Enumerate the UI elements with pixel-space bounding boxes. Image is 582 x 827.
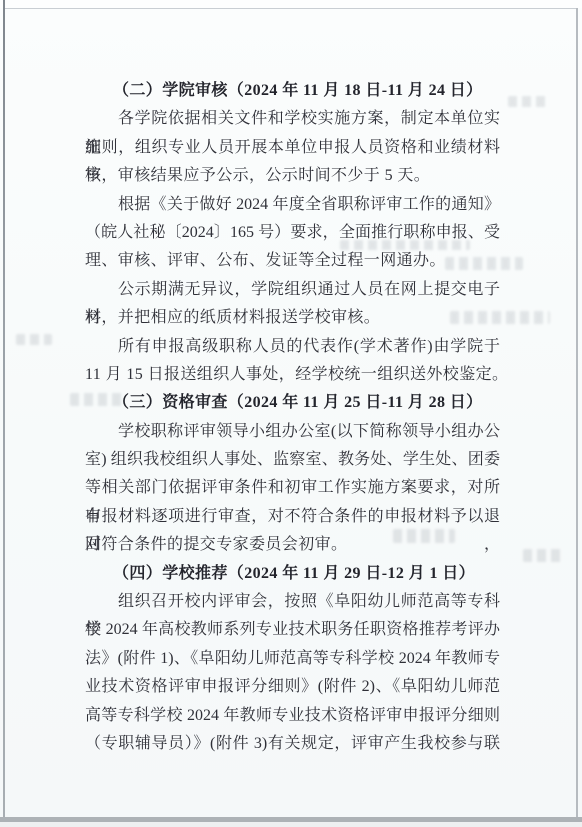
text-line: 根据《关于做好 2024 年度全省职称评审工作的通知》 bbox=[85, 191, 500, 219]
page-top-edge-line bbox=[4, 8, 577, 9]
text-line: 料，并把相应的纸质材料报送学校审核。 bbox=[85, 304, 500, 332]
document-body: （二）学院审核（2024 年 11 月 18 日-11 月 24 日）各学院依据… bbox=[85, 77, 500, 758]
text-line: 业技术资格评审申报评分细则》(附件 2)、《阜阳幼儿师范 bbox=[85, 673, 500, 701]
ink-bleedthrough-mark bbox=[508, 96, 548, 107]
text-line: 理、审核、评审、公布、发证等全过程一网通办。 bbox=[85, 247, 500, 275]
text-line: 申报材料逐项进行审查，对不符合条件的申报材料予以退回， bbox=[85, 503, 500, 531]
ink-bleedthrough-mark bbox=[523, 549, 565, 562]
text-line: 高等专科学校 2024 年教师专业技术资格评审申报评分细则 bbox=[85, 702, 500, 730]
page-bottom-margin bbox=[0, 822, 582, 827]
text-line: 细则，组织专业人员开展本单位申报人员资格和业绩材料审 bbox=[85, 134, 500, 162]
section-heading: （四）学校推荐（2024 年 11 月 29 日-12 月 1 日） bbox=[85, 560, 500, 588]
section-heading: （二）学院审核（2024 年 11 月 18 日-11 月 24 日） bbox=[85, 77, 500, 105]
page-left-edge-line bbox=[3, 0, 5, 820]
text-line: （专职辅导员）》(附件 3)有关规定，评审产生我校参与联 bbox=[85, 730, 500, 758]
text-line: 室) 组织我校组织人事处、监察室、教务处、学生处、团委 bbox=[85, 446, 500, 474]
text-line: 公示期满无异议，学院组织通过人员在网上提交电子材 bbox=[85, 276, 500, 304]
text-line: 核，审核结果应予公示，公示时间不少于 5 天。 bbox=[85, 162, 500, 190]
section-heading: （三）资格审查（2024 年 11 月 25 日-11 月 28 日） bbox=[85, 389, 500, 417]
text-line: 各学院依据相关文件和学校实施方案，制定本单位实施 bbox=[85, 105, 500, 133]
scan-top-margin bbox=[0, 0, 582, 8]
ink-bleedthrough-mark bbox=[16, 334, 52, 345]
text-line: 所有申报高级职称人员的代表作(学术著作)由学院于 bbox=[85, 333, 500, 361]
text-line: 组织召开校内评审会，按照《阜阳幼儿师范高等专科学 bbox=[85, 588, 500, 616]
text-line: 校 2024 年高校教师系列专业技术职务任职资格推荐考评办 bbox=[85, 616, 500, 644]
text-line: 11 月 15 日报送组织人事处，经学校统一组织送外校鉴定。 bbox=[85, 361, 500, 389]
scanned-document-page: （二）学院审核（2024 年 11 月 18 日-11 月 24 日）各学院依据… bbox=[0, 0, 582, 827]
text-line: 等相关部门依据评审条件和初审工作实施方案要求，对所有 bbox=[85, 474, 500, 502]
page-right-edge-line bbox=[576, 8, 578, 820]
text-line: 学校职称评审领导小组办公室(以下简称领导小组办公 bbox=[85, 418, 500, 446]
text-line: （皖人社秘〔2024〕165 号）要求，全面推行职称申报、受 bbox=[85, 219, 500, 247]
text-line: 法》(附件 1)、《阜阳幼儿师范高等专科学校 2024 年教师专 bbox=[85, 645, 500, 673]
